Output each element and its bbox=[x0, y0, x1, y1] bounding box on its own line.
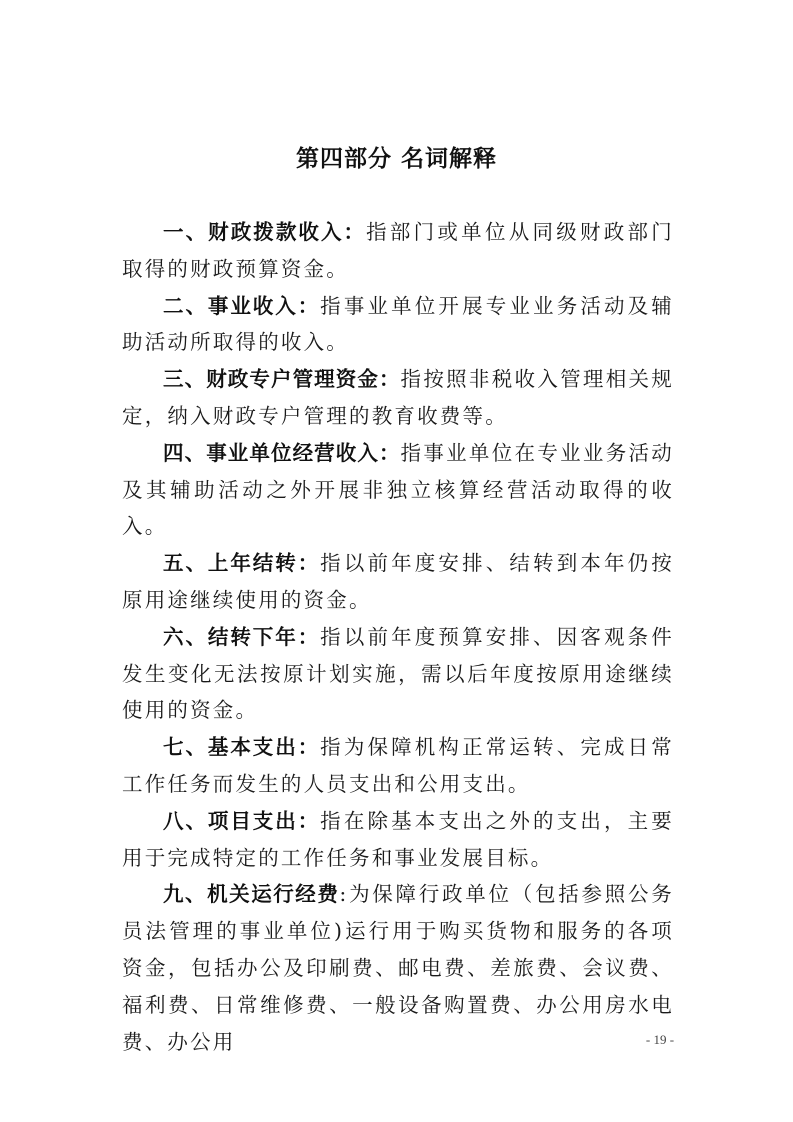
glossary-term: 四、事业单位经营收入： bbox=[163, 441, 401, 465]
glossary-item-7: 七、基本支出：指为保障机构正常运转、完成日常工作任务而发生的人员支出和公用支出。 bbox=[122, 729, 674, 803]
glossary-term: 五、上年结转： bbox=[163, 551, 320, 575]
document-page: 第四部分 名词解释 一、财政拨款收入：指部门或单位从同级财政部门取得的财政预算资… bbox=[0, 0, 793, 1122]
glossary-item-2: 二、事业收入：指事业单位开展专业业务活动及辅助活动所取得的收入。 bbox=[122, 288, 674, 362]
glossary-body: 一、财政拨款收入：指部门或单位从同级财政部门取得的财政预算资金。 二、事业收入：… bbox=[122, 214, 674, 1060]
glossary-item-3: 三、财政专户管理资金：指按照非税收入管理相关规定，纳入财政专户管理的教育收费等。 bbox=[122, 361, 674, 435]
glossary-item-8: 八、项目支出：指在除基本支出之外的支出，主要用于完成特定的工作任务和事业发展目标… bbox=[122, 803, 674, 877]
glossary-definition: :为保障行政单位（包括参照公务员法管理的事业单位)运行用于购买货物和服务的各项资… bbox=[122, 882, 674, 1053]
glossary-item-5: 五、上年结转：指以前年度安排、结转到本年仍按原用途继续使用的资金。 bbox=[122, 545, 674, 619]
glossary-term: 二、事业收入： bbox=[163, 294, 320, 318]
glossary-term: 七、基本支出： bbox=[163, 735, 320, 759]
glossary-term: 三、财政专户管理资金： bbox=[163, 367, 401, 391]
glossary-item-4: 四、事业单位经营收入：指事业单位在专业业务活动及其辅助活动之外开展非独立核算经营… bbox=[122, 435, 674, 545]
glossary-term: 九、机关运行经费 bbox=[163, 882, 339, 906]
glossary-item-9: 九、机关运行经费:为保障行政单位（包括参照公务员法管理的事业单位)运行用于购买货… bbox=[122, 876, 674, 1060]
page-title: 第四部分 名词解释 bbox=[0, 140, 793, 173]
glossary-term: 八、项目支出： bbox=[163, 809, 320, 833]
glossary-item-1: 一、财政拨款收入：指部门或单位从同级财政部门取得的财政预算资金。 bbox=[122, 214, 674, 288]
glossary-term: 六、结转下年： bbox=[163, 625, 320, 649]
glossary-item-6: 六、结转下年：指以前年度预算安排、因客观条件发生变化无法按原计划实施，需以后年度… bbox=[122, 619, 674, 729]
glossary-term: 一、财政拨款收入： bbox=[163, 220, 366, 244]
page-number: - 19 - bbox=[620, 1032, 700, 1048]
